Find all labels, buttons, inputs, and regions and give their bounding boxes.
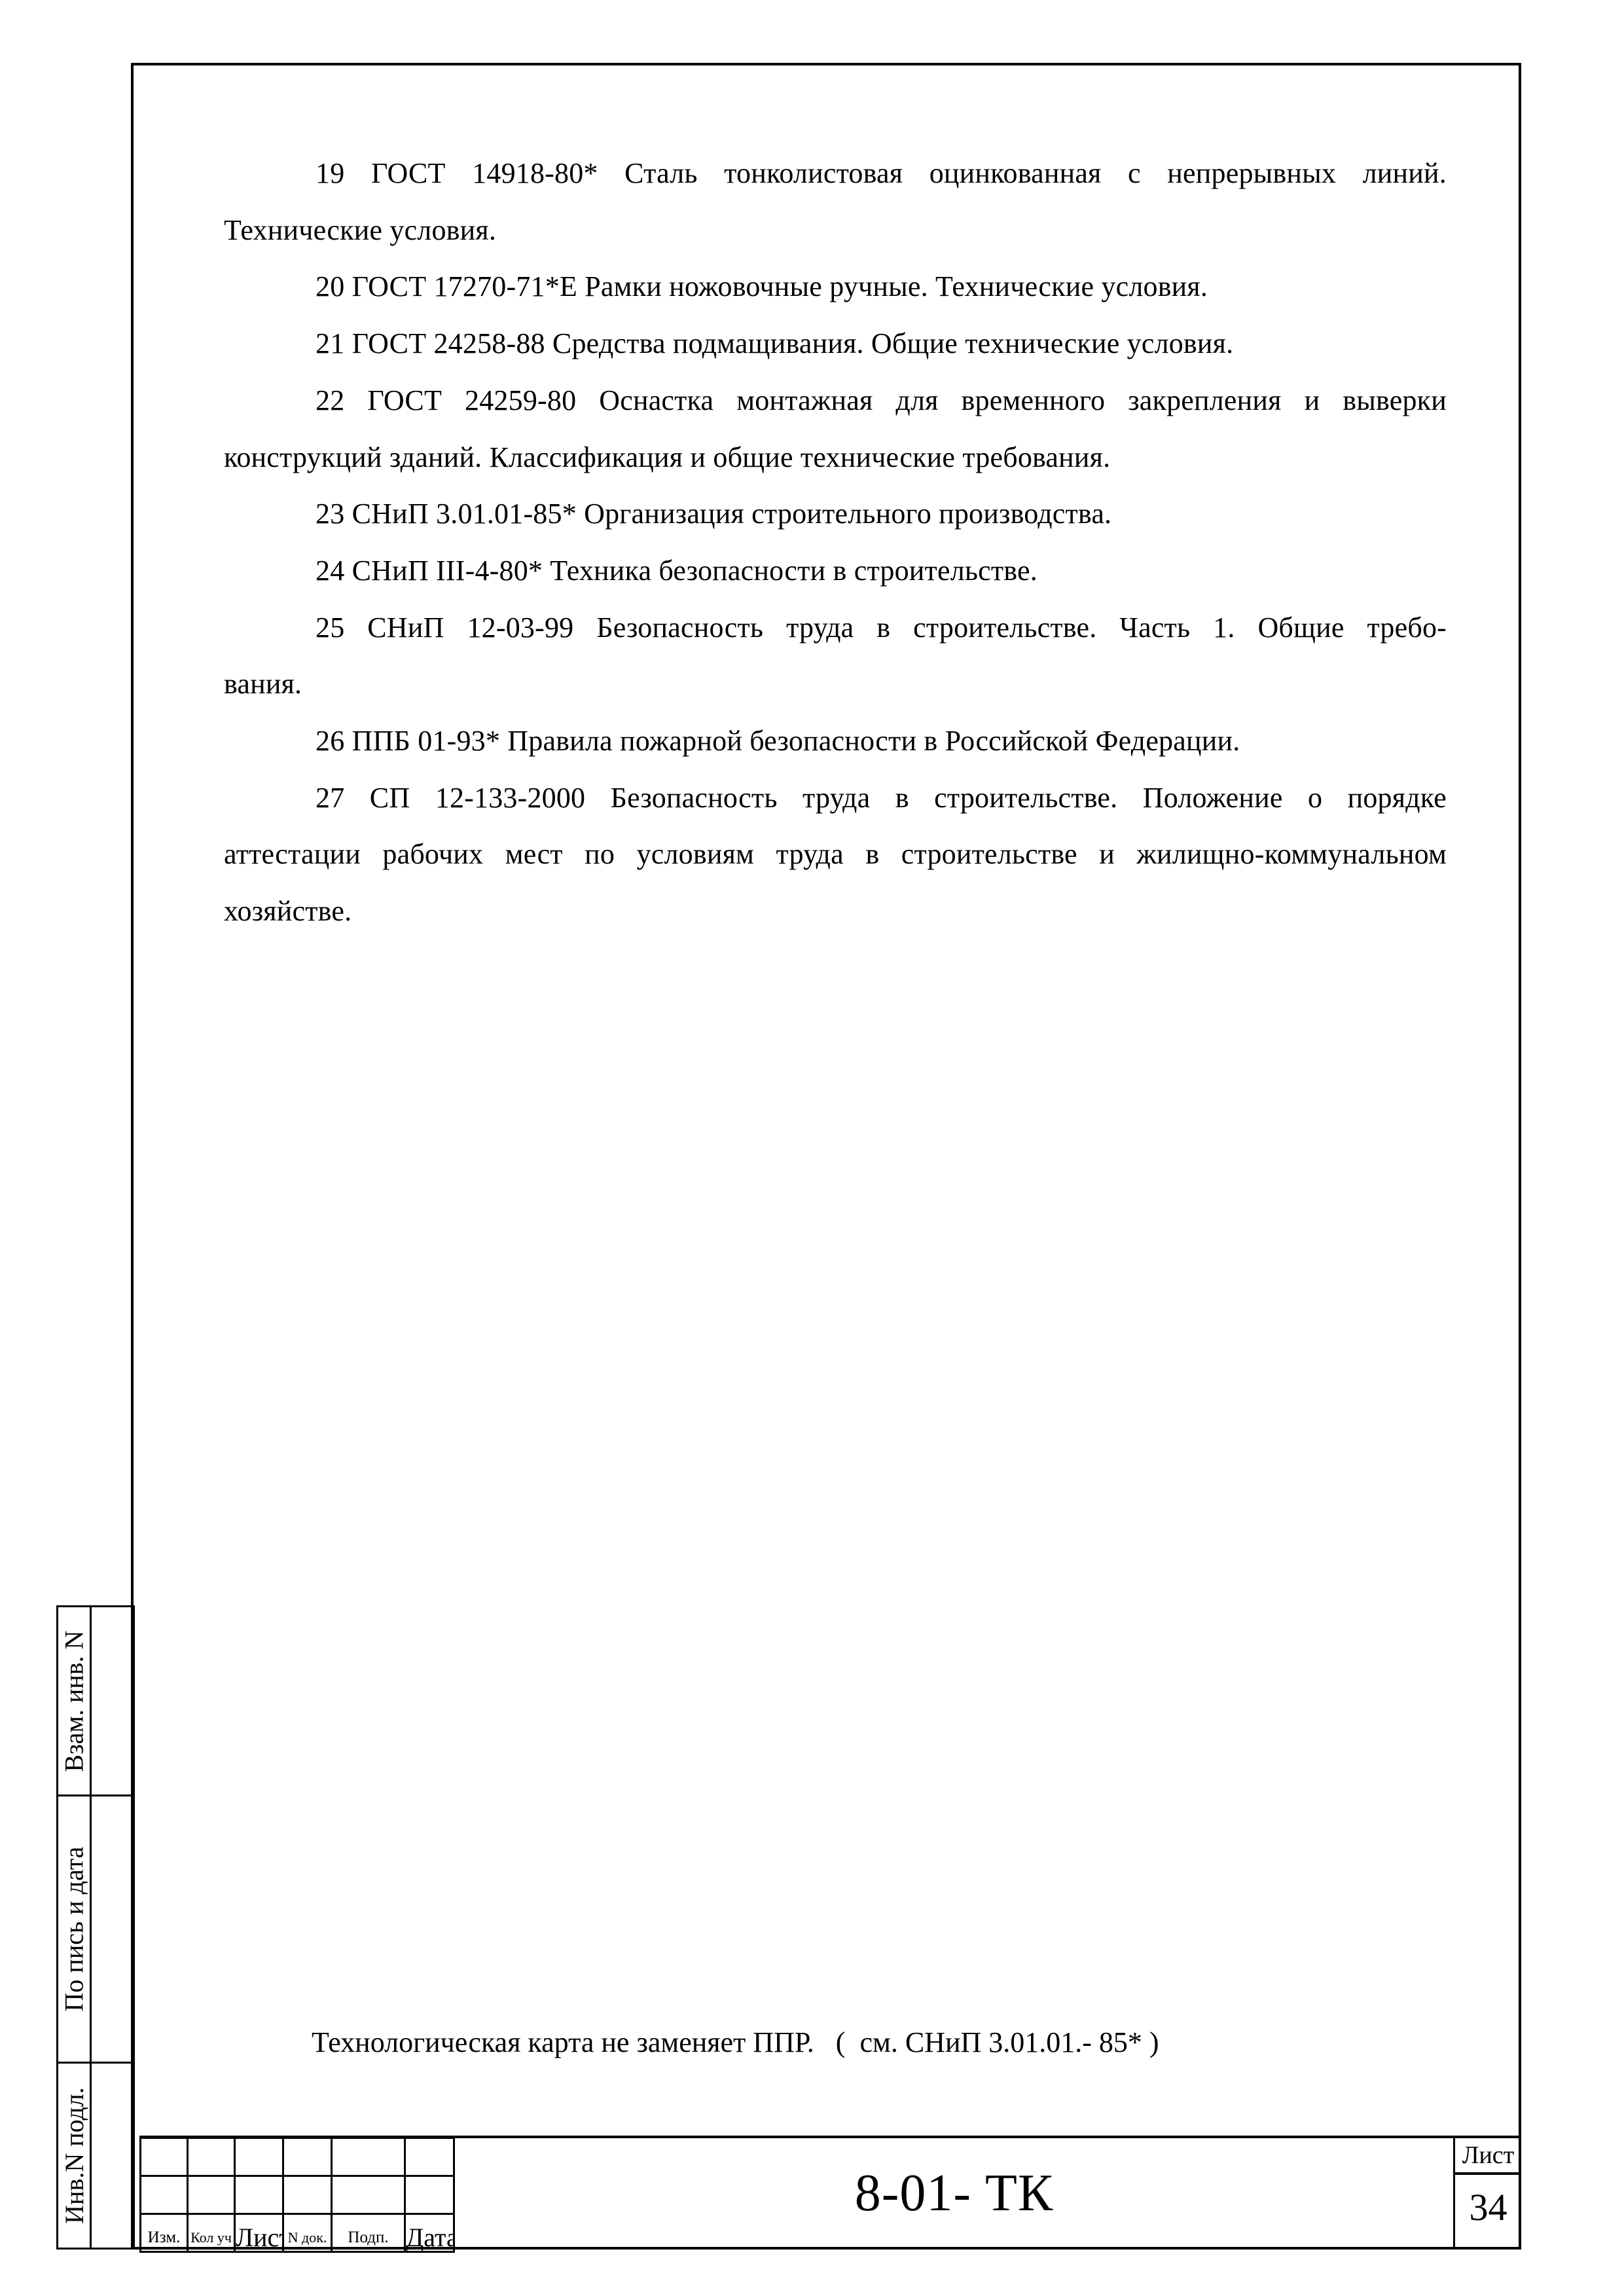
column-header-kol-uch: Кол уч — [188, 2214, 235, 2252]
reference-item-23: 23 СНиП 3.01.01-85* Организация строител… — [224, 486, 1447, 543]
reference-item-26: 26 ППБ 01-93* Правила пожарной безопасно… — [224, 713, 1447, 770]
revision-cell — [141, 2176, 188, 2214]
stamp-column-divider — [90, 1607, 92, 2248]
revision-cell — [235, 2138, 283, 2176]
revision-header-row: Изм. Кол уч Лист N док. Подп. Дата — [141, 2214, 454, 2252]
stamp-field-vzam-inv: Взам. инв. N — [58, 1607, 90, 1795]
revision-row — [141, 2176, 454, 2214]
reference-item-21: 21 ГОСТ 24258-88 Средства подмащивания. … — [224, 316, 1447, 373]
column-header-podp: Подп. — [332, 2214, 405, 2252]
reference-item-20: 20 ГОСТ 17270-71*Е Рамки ножовочные ручн… — [224, 259, 1447, 316]
reference-item-22: 22 ГОСТ 24259-80 Оснастка монтажная для … — [224, 373, 1447, 486]
reference-item-24: 24 СНиП III-4-80* Техника безопасности в… — [224, 543, 1447, 600]
reference-item-19: 19 ГОСТ 14918-80* Сталь тонколистовая оц… — [224, 145, 1447, 259]
revision-cell — [405, 2176, 454, 2214]
sheet-label: Лист — [1455, 2137, 1521, 2175]
revision-cell — [332, 2138, 405, 2176]
revision-cell — [141, 2138, 188, 2176]
reference-list: 19 ГОСТ 14918-80* Сталь тонколистовая оц… — [224, 145, 1447, 940]
revision-cell — [283, 2138, 332, 2176]
column-header-list: Лист — [235, 2214, 283, 2252]
column-header-izm: Изм. — [141, 2214, 188, 2252]
reference-item-25: 25 СНиП 12-03-99 Безопасность труда в ст… — [224, 600, 1447, 713]
sheet-box: Лист 34 — [1453, 2137, 1521, 2250]
revision-cell — [405, 2138, 454, 2176]
footer-note: Технологическая карта не заменяет ППР. (… — [312, 2026, 1159, 2059]
revision-cell — [283, 2176, 332, 2214]
reference-item-27: 27 СП 12-133-2000 Безопасность труда в с… — [224, 770, 1447, 940]
revision-cell — [188, 2138, 235, 2176]
stamp-field-podpis-data: По пись и дата — [58, 1796, 90, 2062]
sheet-number: 34 — [1455, 2175, 1521, 2240]
column-header-data: Дата — [405, 2214, 454, 2252]
stamp-field-inv-podl: Инв.N подл. — [58, 2064, 90, 2248]
revision-cell — [235, 2176, 283, 2214]
column-header-n-dok: N док. — [283, 2214, 332, 2252]
revision-cell — [332, 2176, 405, 2214]
revision-cell — [188, 2176, 235, 2214]
revision-table: Изм. Кол уч Лист N док. Подп. Дата — [139, 2137, 455, 2253]
document-code: 8-01- ТК — [453, 2137, 1453, 2250]
revision-row — [141, 2138, 454, 2176]
side-stamp: Взам. инв. N По пись и дата Инв.N подл. — [56, 1605, 135, 2250]
